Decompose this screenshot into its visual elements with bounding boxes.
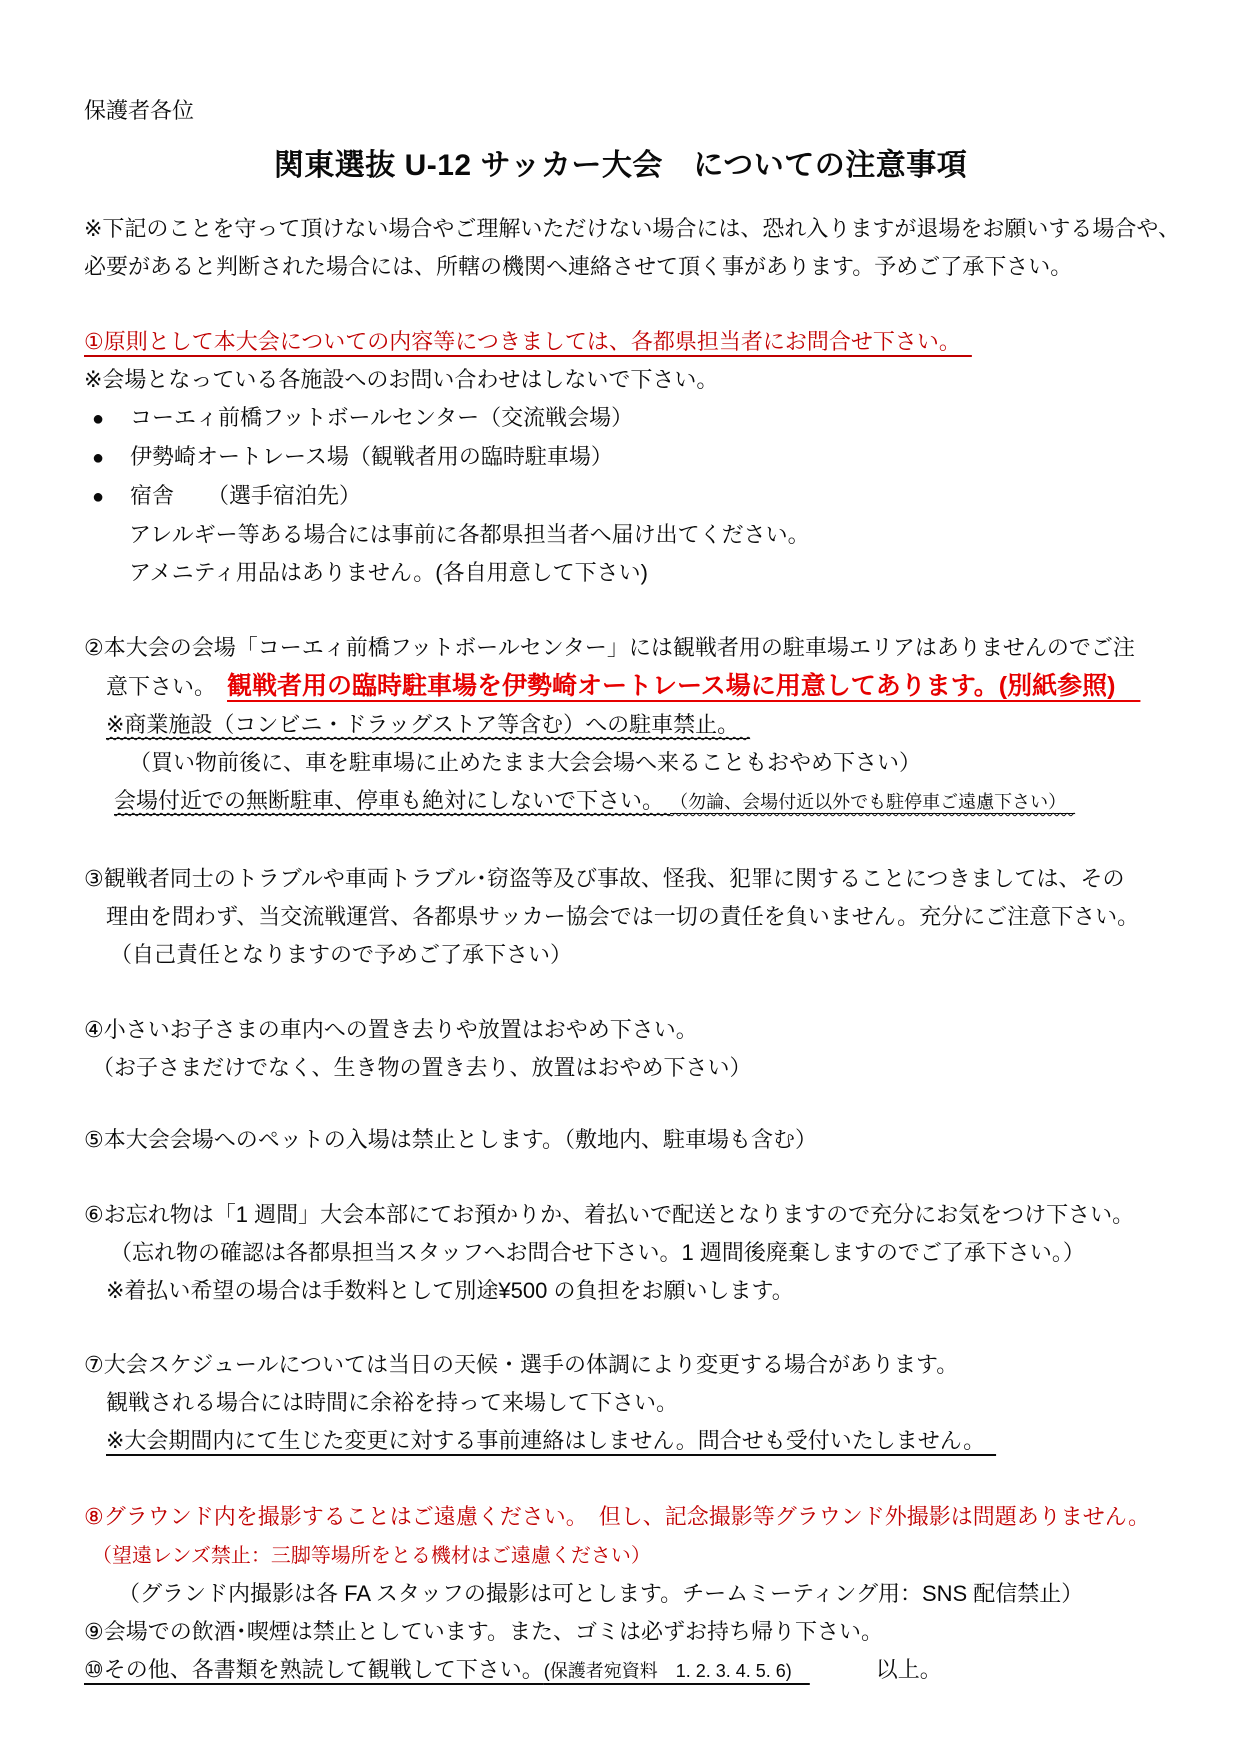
text-run: 観戦者用の臨時駐車場を伊勢崎オートレース場に用意してあります。(別紙参照)	[227, 672, 1140, 700]
text-run: ⑩その他、各書類を熟読して観戦して下さい。	[84, 1657, 544, 1682]
bullet-icon: ●	[92, 400, 114, 438]
text-run: ②本大会の会場「コーエィ前橋フットボールセンター」には観戦者用の駐車場エリアはあ…	[84, 635, 1135, 660]
section-6-line-1: ⑥お忘れ物は「1 週間」大会本部にてお預かりか、着払いで配送となりますので充分に…	[84, 1196, 1171, 1234]
text-run: （買い物前後に、車を駐車場に止めたまま大会会場へ来ることもおやめ下さい）	[129, 750, 921, 775]
section-7-line-1: ⑦大会スケジュールについては当日の天候・選手の体調により変更する場合があります。	[84, 1346, 1171, 1384]
bullet-icon: ●	[92, 478, 114, 516]
intro-line-2: 必要があると判断された場合には、所轄の機関へ連絡させて頂く事があります。予めご了…	[84, 248, 1171, 286]
section-4-line-1: ④小さいお子さまの車内への置き去りや放置はおやめ下さい。	[84, 1011, 1171, 1049]
text-run: 伊勢崎オートレース場（観戦者用の臨時駐車場）	[130, 444, 613, 469]
text-run: ④小さいお子さまの車内への置き去りや放置はおやめ下さい。	[84, 1017, 698, 1042]
section-6-note: ※着払い希望の場合は手数料として別途¥500 の負担をお願いします。	[84, 1272, 1171, 1310]
section-2-detail: （買い物前後に、車を駐車場に止めたまま大会会場へ来ることもおやめ下さい）	[84, 744, 1171, 782]
text-run: コーエィ前橋フットボールセンター（交流戦会場）	[130, 405, 633, 430]
text-run: （勿論、会場付近以外でも駐停車ご遠慮下さい）	[670, 792, 1075, 814]
text-run: ⑨会場での飲酒･喫煙は禁止としています。また、ゴミは必ずお持ち帰り下さい。	[84, 1619, 883, 1644]
text-run: アレルギー等ある場合には事前に各都県担当者へ届け出てください。	[129, 522, 810, 547]
text-run: ①原則として本大会についての内容等につきましては、各都県担当者にお問合せ下さい。	[84, 329, 972, 354]
bullet-detail-allergy: アレルギー等ある場合には事前に各都県担当者へ届け出てください。	[84, 516, 1171, 554]
text-run: 意下さい。	[106, 674, 227, 699]
text-run: ※着払い希望の場合は手数料として別途¥500 の負担をお願いします。	[106, 1278, 794, 1303]
text-run: ※会場となっている各施設へのお問い合わせはしないで下さい。	[84, 367, 718, 392]
text-run: 観戦される場合には時間に余裕を持って来場して下さい。	[106, 1390, 678, 1415]
intro-line-1: ※下記のことを守って頂けない場合やご理解いただけない場合には、恐れ入りますが退場…	[84, 210, 1171, 248]
text-run: 以上。	[810, 1657, 942, 1682]
section-7-warning: ※大会期間内にて生じた変更に対する事前連絡はしません。問合せも受付いたしません。	[84, 1422, 1171, 1460]
section-1-note: ※会場となっている各施設へのお問い合わせはしないで下さい。	[84, 361, 1171, 399]
section-1-heading: ①原則として本大会についての内容等につきましては、各都県担当者にお問合せ下さい。	[84, 323, 1171, 361]
section-8-detail-2: （グランド内撮影は各 FA スタッフの撮影は可とします。チームミーティング用：S…	[84, 1575, 1171, 1613]
section-6-detail: （忘れ物の確認は各都県担当スタッフへお問合せ下さい。1 週間後廃棄しますのでご了…	[84, 1234, 1171, 1272]
page-title: 関東選抜 U-12 サッカー大会 についての注意事項	[84, 146, 1157, 186]
bullet-icon: ●	[92, 439, 114, 477]
text-run: 会場付近での無断駐車、停車も絶対にしないで下さい。	[114, 788, 670, 815]
section-2-parking-notice: 意下さい。 観戦者用の臨時駐車場を伊勢崎オートレース場に用意してあります。(別紙…	[84, 667, 1171, 706]
bullet-item-lodging: ●宿舎 （選手宿泊先）	[84, 477, 1171, 516]
no-parking-near-venue-note: 会場付近での無断駐車、停車も絶対にしないで下さい。 （勿論、会場付近以外でも駐停…	[84, 782, 1171, 821]
text-run: ③観戦者同士のトラブルや車両トラブル･窃盗等及び事故、怪我、犯罪に関することにつ…	[84, 866, 1125, 891]
section-7-line-2: 観戦される場合には時間に余裕を持って来場して下さい。	[84, 1384, 1171, 1422]
text-run: （グランド内撮影は各 FA スタッフの撮影は可とします。チームミーティング用：S…	[118, 1581, 1083, 1606]
text-run: ⑦大会スケジュールについては当日の天候・選手の体調により変更する場合があります。	[84, 1352, 958, 1377]
text-run: ⑥お忘れ物は「1 週間」大会本部にてお預かりか、着払いで配送となりますので充分に…	[84, 1202, 1134, 1227]
section-3-detail: （自己責任となりますので予めご了承下さい）	[84, 936, 1171, 974]
text-run: 理由を問わず、当交流戦運営、各都県サッカー協会では一切の責任を負いません。充分に…	[106, 904, 1139, 929]
text-run: ⑤本大会会場へのペットの入場は禁止とします。（敷地内、駐車場も含む）	[84, 1127, 817, 1152]
section-5-line: ⑤本大会会場へのペットの入場は禁止とします。（敷地内、駐車場も含む）	[84, 1121, 1171, 1159]
section-8-line-1: ⑧グラウンド内を撮影することはご遠慮ください。 但し、記念撮影等グラウンド外撮影…	[84, 1498, 1171, 1536]
document-body: ※下記のことを守って頂けない場合やご理解いただけない場合には、恐れ入りますが退場…	[84, 210, 1171, 1690]
text-run: ※商業施設（コンビニ・ドラッグストア等含む）への駐車禁止。	[106, 712, 750, 739]
text-run: ※大会期間内にて生じた変更に対する事前連絡はしません。問合せも受付いたしません。	[106, 1428, 996, 1453]
section-4-detail: （お子さまだけでなく、生き物の置き去り、放置はおやめ下さい）	[84, 1049, 1171, 1087]
notice-document: 保護者各位 関東選抜 U-12 サッカー大会 についての注意事項 ※下記のことを…	[0, 0, 1241, 1755]
bullet-item-venue: ●コーエィ前橋フットボールセンター（交流戦会場）	[84, 399, 1171, 438]
text-run: 宿舎 （選手宿泊先）	[130, 483, 361, 508]
text-run: (保護者宛資料 1. 2. 3. 4. 5. 6)	[544, 1661, 810, 1681]
recipient-line: 保護者各位	[84, 96, 1171, 126]
text-run: ※下記のことを守って頂けない場合やご理解いただけない場合には、恐れ入りますが退場…	[84, 216, 1180, 241]
text-run: 必要があると判断された場合には、所轄の機関へ連絡させて頂く事があります。予めご了…	[84, 254, 1072, 279]
section-10-line: ⑩その他、各書類を熟読して観戦して下さい。(保護者宛資料 1. 2. 3. 4.…	[84, 1651, 1171, 1690]
section-8-detail-1: （望遠レンズ禁止：三脚等場所をとる機材はご遠慮ください）	[84, 1536, 1171, 1575]
text-run: アメニティ用品はありません。(各自用意して下さい)	[129, 560, 648, 585]
text-run: ⑧グラウンド内を撮影することはご遠慮ください。 但し、記念撮影等グラウンド外撮影…	[84, 1504, 1150, 1529]
text-run: （お子さまだけでなく、生き物の置き去り、放置はおやめ下さい）	[92, 1055, 752, 1080]
text-run: （忘れ物の確認は各都県担当スタッフへお問合せ下さい。1 週間後廃棄しますのでご了…	[110, 1240, 1085, 1265]
section-9-line: ⑨会場での飲酒･喫煙は禁止としています。また、ゴミは必ずお持ち帰り下さい。	[84, 1613, 1171, 1651]
no-parking-commercial-note: ※商業施設（コンビニ・ドラッグストア等含む）への駐車禁止。	[84, 706, 1171, 744]
section-3-line-1: ③観戦者同士のトラブルや車両トラブル･窃盗等及び事故、怪我、犯罪に関することにつ…	[84, 860, 1171, 898]
bullet-item-parking: ●伊勢崎オートレース場（観戦者用の臨時駐車場）	[84, 438, 1171, 477]
section-2-line-1: ②本大会の会場「コーエィ前橋フットボールセンター」には観戦者用の駐車場エリアはあ…	[84, 629, 1171, 667]
section-3-line-2: 理由を問わず、当交流戦運営、各都県サッカー協会では一切の責任を負いません。充分に…	[84, 898, 1171, 936]
bullet-detail-amenity: アメニティ用品はありません。(各自用意して下さい)	[84, 554, 1171, 592]
text-run: （自己責任となりますので予めご了承下さい）	[110, 942, 572, 967]
text-run: （望遠レンズ禁止：三脚等場所をとる機材はご遠慮ください）	[92, 1545, 651, 1567]
